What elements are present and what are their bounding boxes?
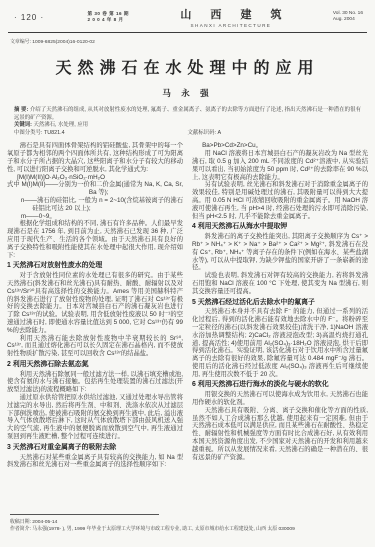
section-heading-5: 5 天然沸石经过活化后去除水中的氟离子 xyxy=(192,299,368,307)
issue-date-line: 2 0 0 4 年 8 月 xyxy=(87,17,128,23)
article-number: 文章编号: 1009-6825(2004)16-0120-02 xyxy=(10,38,375,45)
article-title: 天然沸石在水处理中的应用 xyxy=(0,55,375,78)
selectivity-series: Ba>Pb>Cd>Zn>Cu。 xyxy=(192,142,368,150)
paragraph: 根据化学组成和结构的不同, 沸石有许多品种。人们最早发现沸石是在 1756 年,… xyxy=(7,220,183,259)
document-code: 文献标识码: A xyxy=(188,130,222,138)
received-date: 收稿日期: 2004-05-14 xyxy=(10,519,365,526)
paragraph: 另有试验表明, 丝光沸石和斜发沸石对于消除重金属离子的效果较佳, 特别是用碱处理… xyxy=(192,181,368,220)
journal-page: · 120 · 第 30 卷 第 16 期 2 0 0 4 年 8 月 山 西 … xyxy=(0,0,375,547)
header-divider xyxy=(8,32,367,33)
section-heading-4: 4 利用天然沸石从海水中提取钾 xyxy=(192,223,368,231)
article-body: 沸石是具有四面体骨架结构的铝硅酸盐, 其骨架中的每一个氧原子都为相邻的两个四面体… xyxy=(7,142,368,469)
journal-masthead: · 120 · 第 30 卷 第 16 期 2 0 0 4 年 8 月 山 西 … xyxy=(0,0,375,31)
article-author: 马 永 强 xyxy=(0,87,375,99)
section-heading-6: 6 利用天然沸石进行海水的淡化与硬水的软化 xyxy=(192,381,368,389)
paragraph: 沸石是具有四面体骨架结构的铝硅酸盐, 其骨架中的每一个氧原子都为相邻的两个四面体… xyxy=(7,142,183,173)
paragraph: 用银交换的天然沸石可以使海水成为饮用水, 天然沸石也能用作硬水的软化剂。 xyxy=(192,391,368,407)
journal-name-cn: 山 西 建 筑 xyxy=(172,6,289,22)
left-column: 沸石是具有四面体骨架结构的铝硅酸盐, 其骨架中的每一个氧原子都为相邻的两个四面体… xyxy=(7,142,183,469)
paragraph: 天然沸石对某些重金属离子具有较高的交换能力, 如 Na 型斜发沸石和丝光沸石对一… xyxy=(7,454,183,470)
paragraph: 天然沸石本身并不具有去除 F⁻ 的能力, 但通过一系列的活化过程后, 得到的活化… xyxy=(192,308,368,378)
author-bio: 作者简介: 马永强(1978- ), 男, 1999 年毕业于太原理工大学环境与… xyxy=(10,526,365,533)
abstract-paragraph: 摘 要: 介绍了天然沸石的组成, 从其对放射性废水的处理, 氟离子、重金属离子、… xyxy=(14,107,361,122)
keywords-text: 天然沸石, 水处理, 应用 xyxy=(33,122,88,128)
abstract-block: 摘 要: 介绍了天然沸石的组成, 从其对放射性废水的处理, 氟离子、重金属离子、… xyxy=(14,107,361,137)
journal-name-en: SHANXI ARCHITECTURE xyxy=(172,23,289,28)
formula-definition: 式中 M(I)M(II)——分别为一价和二价金属(通常为 Na, K, Ca, … xyxy=(7,181,183,197)
paragraph: 通过原水供给管把原水供给过滤池, 又通过处理水导出管将过滤完的水导出, 然后将再… xyxy=(7,394,183,441)
page-number: · 120 · xyxy=(14,13,44,22)
paragraph: 对于含放射性同位素的水处理已有很多的研究。由于某些天然沸石(斜发沸石和丝光沸石)… xyxy=(7,272,183,334)
page-footer: 收稿日期: 2004-05-14 作者简介: 马永强(1978- ), 男, 1… xyxy=(10,514,365,533)
paragraph: 天然沸石具有吸附、分离、离子交换和催化等方面的性质, 虽然不如人工合成沸石那么优… xyxy=(192,407,368,462)
paragraph: 利用天然沸石除氨同一般过滤方法一样, 以沸石填充槽或池, 使含有氨的水与沸石接触… xyxy=(7,371,183,394)
keywords-label: 关键词: xyxy=(14,122,33,128)
clc-number: 中图分类号: TU821.4 xyxy=(14,130,188,138)
paragraph: 斜发沸石的离子交换性能突出, 其阳离子交换顺序为 Cs⁺ > Rb⁺ > NH₄… xyxy=(192,233,368,272)
formula-definition: n——沸石的硅铝比, 一般为 n = 2~10(含烷基铵离子的沸石硅铝比可达 2… xyxy=(7,197,183,213)
section-heading-3: 3 天然沸石对重金属离子的吸附去除 xyxy=(7,444,183,452)
volume-date-line: Aug. 2004 xyxy=(333,17,363,23)
section-heading-2: 2 利用天然沸石除去氨态氮 xyxy=(7,361,183,369)
keywords-line: 关键词: 天然沸石, 水处理, 应用 xyxy=(14,122,361,130)
issue-info: 第 30 卷 第 16 期 2 0 0 4 年 8 月 xyxy=(87,11,128,23)
paragraph: 利用天然沸石能去除放射性废物中半衰期较长的 Sr⁹⁰, Cs¹³⁷, 而且通过熔… xyxy=(7,335,183,358)
paragraph: 试验也表明, 斜发沸石对钾有较高的交换能力, 若将斜发沸石用饱和 NaCl 溶液… xyxy=(192,272,368,295)
section-heading-1: 1 天然沸石对放射性废水的处理 xyxy=(7,262,183,270)
volume-info: Vol. 30 No. 16 Aug. 2004 xyxy=(333,11,363,23)
journal-name: 山 西 建 筑 SHANXI ARCHITECTURE xyxy=(172,6,289,28)
paragraph: 用 NaCl 溶液将日本宫城县白石产的凝灰岩改为 Na 型丝光沸石, 取 0.5… xyxy=(192,150,368,181)
abstract-text: 介绍了天然沸石的组成, 从其对放射性废水的处理, 氟离子、重金属离子、氨离子的去… xyxy=(14,107,361,121)
footer-divider xyxy=(10,514,159,515)
abstract-label: 摘 要: xyxy=(14,107,30,113)
right-column: Ba>Pb>Cd>Zn>Cu。 用 NaCl 溶液将日本宫城县白石产的凝灰岩改为… xyxy=(192,142,368,469)
classification-line: 中图分类号: TU821.4文献标识码: A xyxy=(14,130,361,138)
